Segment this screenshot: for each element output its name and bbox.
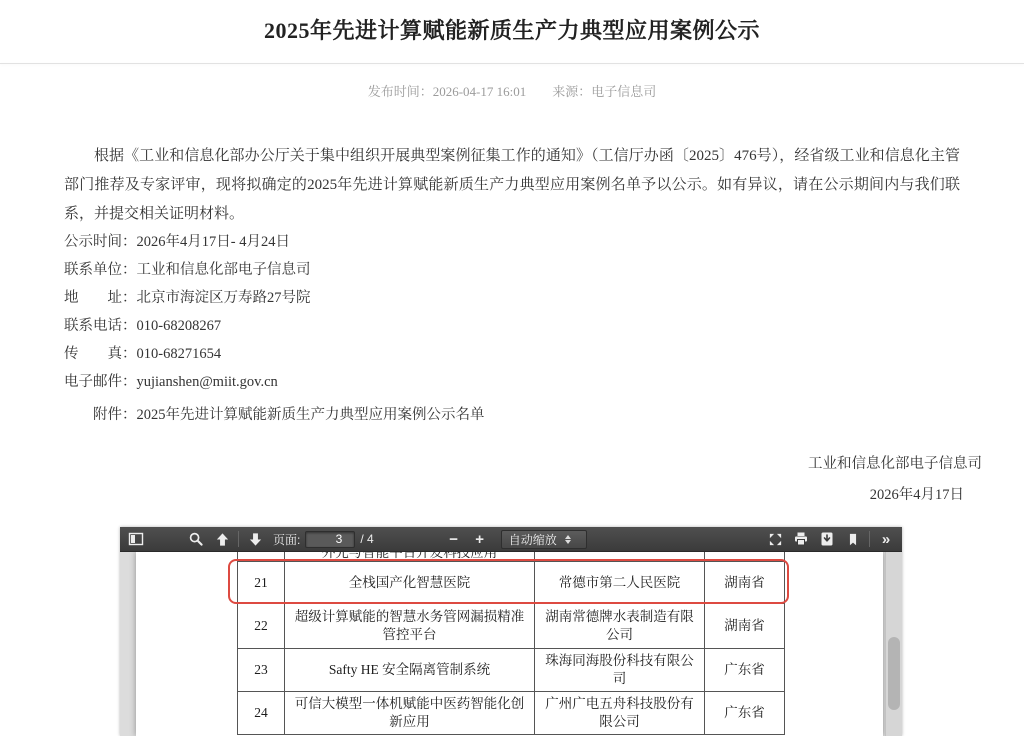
bookmark-icon bbox=[846, 532, 860, 547]
cases-table: 外光与智能平台开发科技应用 21 全栈国产化智慧医院 常德市第二人民医院 湖南省… bbox=[237, 552, 785, 735]
page-number-input[interactable] bbox=[305, 531, 355, 548]
toolbar-separator bbox=[869, 531, 870, 547]
page-title: 2025年先进计算赋能新质生产力典型应用案例公示 bbox=[0, 14, 1024, 45]
contact-line-address: 地 址：北京市海淀区万寿路27号院 bbox=[64, 284, 311, 312]
select-arrows-icon bbox=[565, 535, 571, 544]
zoom-in-button[interactable]: + bbox=[467, 528, 493, 551]
pdf-viewer: 页面: / 4 − + 自动缩放 bbox=[120, 527, 902, 736]
find-button[interactable] bbox=[183, 528, 209, 551]
toolbar-separator bbox=[238, 531, 239, 547]
table-row-22: 22 超级计算赋能的智慧水务管网漏损精准管控平台 湖南常德牌水表制造有限公司 湖… bbox=[237, 604, 785, 649]
search-icon bbox=[188, 531, 204, 547]
minus-icon: − bbox=[449, 532, 458, 547]
signature-date: 2026年4月17日 bbox=[0, 483, 1024, 504]
more-tools-button[interactable]: » bbox=[873, 528, 899, 551]
source-value: 电子信息司 bbox=[591, 84, 656, 99]
contact-line-fax: 传 真：010-68271654 bbox=[64, 340, 311, 368]
publish-time: 2026-04-17 16:01 bbox=[433, 84, 527, 99]
signature-unit: 工业和信息化部电子信息司 bbox=[0, 452, 1024, 473]
download-button[interactable] bbox=[814, 528, 840, 551]
print-button[interactable] bbox=[788, 528, 814, 551]
contact-line-email: 电子邮件：yujianshen@miit.gov.cn bbox=[64, 368, 311, 396]
chevron-double-right-icon: » bbox=[882, 531, 890, 548]
sidebar-toggle-icon bbox=[128, 531, 144, 547]
sidebar-toggle-button[interactable] bbox=[123, 528, 149, 551]
zoom-mode-select[interactable]: 自动缩放 bbox=[501, 530, 587, 549]
pdf-page: 外光与智能平台开发科技应用 21 全栈国产化智慧医院 常德市第二人民医院 湖南省… bbox=[136, 552, 883, 736]
plus-icon: + bbox=[475, 532, 484, 547]
zoom-out-button[interactable]: − bbox=[441, 528, 467, 551]
contact-block: 公示时间：2026年4月17日- 4月24日 联系单位：工业和信息化部电子信息司… bbox=[64, 228, 311, 396]
next-page-button[interactable] bbox=[242, 528, 268, 551]
contact-line-publicity-period: 公示时间：2026年4月17日- 4月24日 bbox=[64, 228, 311, 256]
page: 2025年先进计算赋能新质生产力典型应用案例公示 发布时间：2026-04-17… bbox=[0, 0, 1024, 736]
arrow-up-icon bbox=[215, 532, 230, 547]
download-icon bbox=[819, 531, 835, 547]
table-row-23: 23 Safty HE 安全隔离管制系统 珠海同海股份科技有限公司 广东省 bbox=[237, 649, 785, 692]
presentation-mode-button[interactable] bbox=[762, 528, 788, 551]
zoom-mode-value: 自动缩放 bbox=[509, 531, 557, 548]
pdf-content-area: 外光与智能平台开发科技应用 21 全栈国产化智慧医院 常德市第二人民医院 湖南省… bbox=[120, 552, 902, 736]
publish-meta: 发布时间：2026-04-17 16:01来源：电子信息司 bbox=[0, 81, 1024, 100]
table-row-21: 21 全栈国产化智慧医院 常德市第二人民医院 湖南省 bbox=[237, 562, 785, 604]
header-divider bbox=[0, 63, 1024, 64]
partial-case-text: 外光与智能平台开发科技应用 bbox=[322, 552, 498, 561]
table-row-partial: 外光与智能平台开发科技应用 bbox=[237, 552, 785, 562]
contact-line-unit: 联系单位：工业和信息化部电子信息司 bbox=[64, 256, 311, 284]
bookmark-button[interactable] bbox=[840, 528, 866, 551]
table-row-24: 24 可信大模型一体机赋能中医药智能化创新应用 广州广电五舟科技股份有限公司 广… bbox=[237, 692, 785, 735]
attachment-line: 附件：2025年先进计算赋能新质生产力典型应用案例公示名单 bbox=[64, 403, 960, 424]
body-paragraph: 根据《工业和信息化部办公厅关于集中组织开展典型案例征集工作的通知》（工信厅办函〔… bbox=[64, 142, 960, 229]
pdf-toolbar: 页面: / 4 − + 自动缩放 bbox=[120, 527, 902, 552]
page-total-label: / 4 bbox=[360, 532, 373, 546]
fullscreen-expand-icon bbox=[768, 532, 783, 547]
pdf-scrollbar[interactable] bbox=[885, 552, 902, 736]
page-number-label: 页面: bbox=[273, 531, 300, 548]
publish-time-label: 发布时间： bbox=[368, 84, 433, 99]
previous-page-button[interactable] bbox=[209, 528, 235, 551]
arrow-down-icon bbox=[248, 532, 263, 547]
source-label: 来源： bbox=[552, 84, 591, 99]
scrollbar-thumb[interactable] bbox=[888, 637, 900, 711]
contact-line-phone: 联系电话：010-68208267 bbox=[64, 312, 311, 340]
printer-icon bbox=[793, 531, 809, 547]
